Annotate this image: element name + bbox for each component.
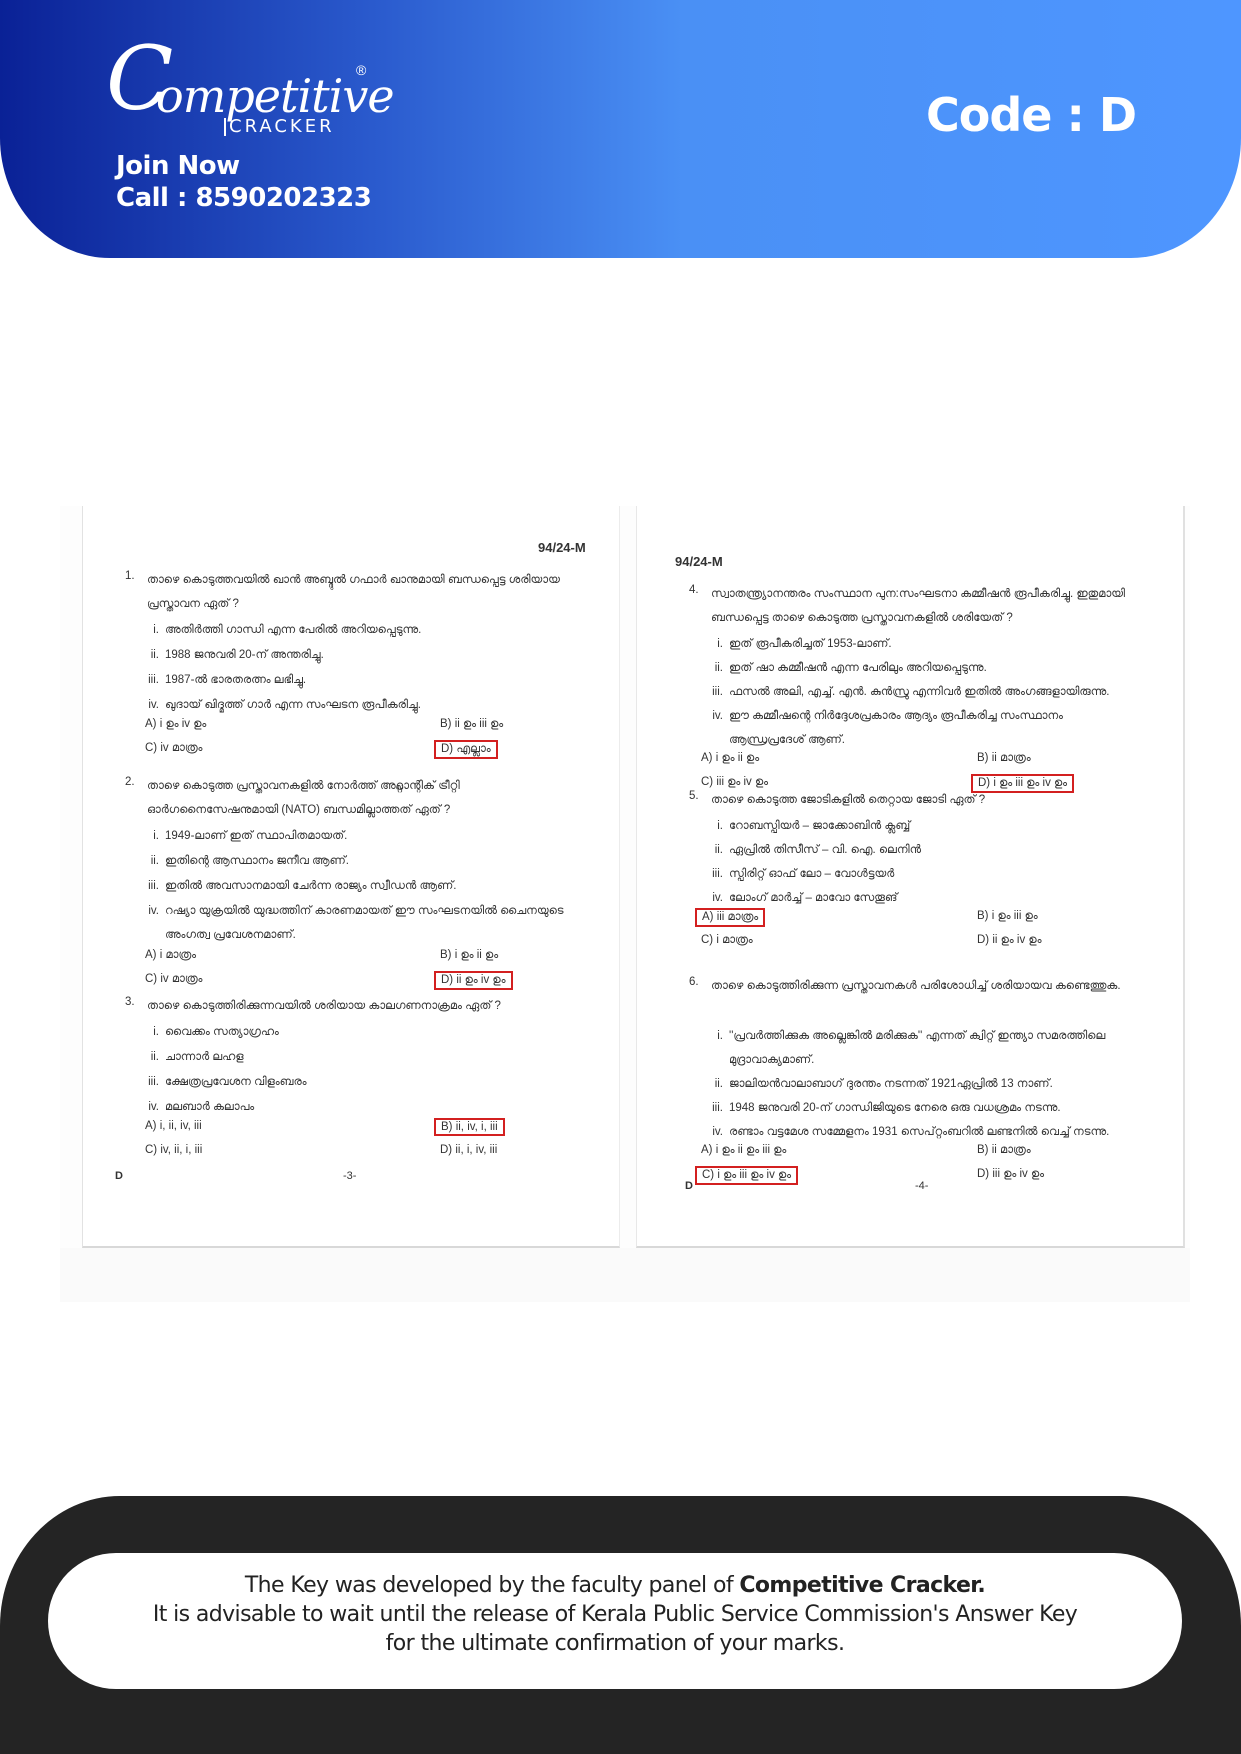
statement-text: റോബസ്പിയർ – ജാക്കോബിൻ ക്ലബ്ബ് — [729, 820, 910, 832]
option-d-correct[interactable]: D) എല്ലാം — [434, 740, 498, 759]
statement-item: ii.ജാലിയൻവാലാബാഗ് ദുരന്തം നടന്നത് 1921ഏപ… — [697, 1072, 1139, 1096]
statement-item: iv.ഖുദായ് ഖിദ്മത്ത് ഗാർ എന്ന സംഘടന രൂപീക… — [133, 693, 575, 717]
question-text: താഴെ കൊടുത്തിരിക്കുന്നവയിൽ ശരിയായ കാലഗണന… — [147, 994, 587, 1018]
statement-text: രണ്ടാം വട്ടമേശ സമ്മേളനം 1931 സെപ്റ്റംബറി… — [729, 1126, 1109, 1138]
question-number: 5. — [689, 788, 699, 804]
brand-name: Competitive Cracker. — [739, 1573, 985, 1598]
option-d[interactable]: D) iii ഉം iv ഉം — [971, 1166, 1050, 1183]
statement-text: ''പ്രവർത്തിക്കുക അല്ലെങ്കിൽ മരിക്കുക'' എ… — [729, 1030, 1105, 1066]
option-b[interactable]: B) ii മാത്രം — [971, 1142, 1037, 1159]
option-a-correct[interactable]: A) iii മാത്രം — [695, 908, 765, 927]
statement-text: 1987-ൽ ഭാരതരത്നം ലഭിച്ചു. — [165, 674, 306, 686]
question-page-left: 94/24-M1.താഴെ കൊടുത്തവയിൽ ഖാൻ അബ്ദുൽ ഗഫാ… — [82, 506, 620, 1248]
question-number: 2. — [125, 774, 135, 790]
option-a[interactable]: A) i ഉം iv ഉം — [139, 716, 212, 733]
statement-number: iii. — [133, 1070, 159, 1094]
page-footer-set: D — [685, 1180, 693, 1192]
statement-item: iii.ഫസൽ അലി, എച്ച്. എൻ. കുൻസ്രു എന്നിവർ … — [697, 680, 1139, 704]
statement-item: iii.സ്പിരിറ്റ് ഓഫ് ലോ – വോൾട്ടയർ — [697, 862, 1139, 886]
statement-text: ക്ഷേത്രപ്രവേശന വിളംബരം — [165, 1076, 307, 1088]
statement-item: i.1949-ലാണ് ഇത് സ്ഥാപിതമായത്. — [133, 824, 575, 848]
statement-text: ഇതിന്റെ ആസ്ഥാനം ജനീവ ആണ്. — [165, 855, 349, 867]
statement-number: iv. — [133, 899, 159, 923]
statement-item: i.ഇത് രൂപീകരിച്ചത് 1953-ലാണ്. — [697, 632, 1139, 656]
statement-item: iv.ഈ കമ്മീഷന്റെ നിർദ്ദേശപ്രകാരം ആദ്യം രൂ… — [697, 704, 1139, 752]
statement-number: i. — [697, 1024, 723, 1048]
statement-item: iv.രണ്ടാം വട്ടമേശ സമ്മേളനം 1931 സെപ്റ്റം… — [697, 1120, 1139, 1144]
option-d[interactable]: D) ii ഉം iv ഉം — [971, 932, 1048, 949]
statement-number: ii. — [697, 656, 723, 680]
statement-text: ഖുദായ് ഖിദ്മത്ത് ഗാർ എന്ന സംഘടന രൂപീകരിച… — [165, 699, 421, 711]
question-text: താഴെ കൊടുത്തവയിൽ ഖാൻ അബ്ദുൽ ഗഫാർ ഖാനുമായ… — [147, 568, 587, 616]
option-b[interactable]: B) ii ഉം iii ഉം — [434, 716, 509, 733]
page-footer-set: D — [115, 1170, 123, 1182]
statement-text: ചാന്നാർ ലഹള — [165, 1051, 244, 1063]
statement-item: iii.ഇതിൽ അവസാനമായി ചേർന്ന രാജ്യം സ്വീഡൻ … — [133, 874, 575, 898]
statement-text: മലബാർ കലാപം — [165, 1101, 254, 1113]
statement-item: iv.ലോംഗ് മാർച്ച് – മാവോ സേതൂങ് — [697, 886, 1139, 910]
statement-number: iii. — [697, 1096, 723, 1120]
statement-item: iii.1987-ൽ ഭാരതരത്നം ലഭിച്ചു. — [133, 668, 575, 692]
option-c[interactable]: C) iv, ii, i, iii — [139, 1142, 208, 1158]
statement-item: i.വൈക്കം സത്യാഗ്രഹം — [133, 1020, 575, 1044]
statement-number: i. — [133, 618, 159, 642]
statement-number: iv. — [697, 704, 723, 728]
statement-item: i.അതിർത്തി ഗാന്ധി എന്ന പേരിൽ അറിയപ്പെടുന… — [133, 618, 575, 642]
statement-number: iv. — [133, 1095, 159, 1119]
question-text: താഴെ കൊടുത്ത ജോടികളിൽ തെറ്റായ ജോടി ഏത് ? — [711, 788, 1151, 812]
question-number: 3. — [125, 994, 135, 1010]
option-c[interactable]: C) iv മാത്രം — [139, 740, 208, 757]
statement-number: ii. — [133, 849, 159, 873]
statement-number: ii. — [133, 643, 159, 667]
option-a[interactable]: A) i മാത്രം — [139, 947, 202, 964]
statement-item: i.റോബസ്പിയർ – ജാക്കോബിൻ ക്ലബ്ബ് — [697, 814, 1139, 838]
statement-text: ഏപ്രിൽ തിസീസ് – വി. ഐ. ലെനിൻ — [729, 844, 921, 856]
option-b[interactable]: B) ii മാത്രം — [971, 750, 1037, 767]
page-code: 94/24-M — [675, 554, 723, 569]
disclaimer-line1: The Key was developed by the faculty pan… — [245, 1573, 740, 1598]
option-b-correct[interactable]: B) ii, iv, i, iii — [434, 1118, 505, 1136]
question-number: 4. — [689, 582, 699, 598]
statement-number: iii. — [697, 680, 723, 704]
page-code: 94/24-M — [538, 540, 586, 555]
option-a[interactable]: A) i ഉം ii ഉം — [695, 750, 765, 767]
disclaimer-line3: for the ultimate confirmation of your ma… — [48, 1629, 1182, 1658]
statement-number: iv. — [697, 1120, 723, 1144]
statement-text: ഈ കമ്മീഷന്റെ നിർദ്ദേശപ്രകാരം ആദ്യം രൂപീക… — [729, 710, 1063, 746]
question-page-right: 94/24-M4.സ്വാതന്ത്ര്യാനന്തരം സംസ്ഥാന പുന… — [636, 506, 1185, 1248]
statement-number: i. — [697, 814, 723, 838]
statement-text: 1949-ലാണ് ഇത് സ്ഥാപിതമായത്. — [165, 830, 347, 842]
header-banner: C ompetitive ® CRACKER Join Now Call : 8… — [0, 0, 1241, 258]
option-b[interactable]: B) i ഉം ii ഉം — [434, 947, 504, 964]
statement-number: iv. — [133, 693, 159, 717]
statement-item: iv.റഷ്യാ യുക്രയിൽ യുദ്ധത്തിന് കാരണമായത് … — [133, 899, 575, 947]
question-number: 6. — [689, 974, 699, 990]
option-d-correct[interactable]: D) ii ഉം iv ഉം — [434, 971, 513, 990]
statement-number: iii. — [133, 874, 159, 898]
statement-item: ii.ചാന്നാർ ലഹള — [133, 1045, 575, 1069]
contact-block: Join Now Call : 8590202323 — [116, 150, 371, 214]
statement-text: വൈക്കം സത്യാഗ്രഹം — [165, 1026, 279, 1038]
statement-text: സ്പിരിറ്റ് ഓഫ് ലോ – വോൾട്ടയർ — [729, 868, 894, 880]
statement-item: ii.ഇതിന്റെ ആസ്ഥാനം ജനീവ ആണ്. — [133, 849, 575, 873]
option-c-correct[interactable]: C) i ഉം iii ഉം iv ഉം — [695, 1166, 798, 1185]
logo-subtitle: CRACKER — [224, 118, 335, 136]
statement-text: ജാലിയൻവാലാബാഗ് ദുരന്തം നടന്നത് 1921ഏപ്രി… — [729, 1078, 1053, 1090]
statement-number: i. — [133, 1020, 159, 1044]
statement-item: ii.ഇത് ഷാ കമ്മീഷൻ എന്ന പേരിലും അറിയപ്പെട… — [697, 656, 1139, 680]
statement-text: 1988 ജനുവരി 20-ന് അന്തരിച്ചു. — [165, 649, 324, 661]
question-text: സ്വാതന്ത്ര്യാനന്തരം സംസ്ഥാന പുന:സംഘടനാ ക… — [711, 582, 1151, 630]
statement-item: iii.1948 ജനുവരി 20-ന് ഗാന്ധിജിയുടെ നേരെ … — [697, 1096, 1139, 1120]
option-b[interactable]: B) i ഉം iii ഉം — [971, 908, 1044, 925]
statement-number: iii. — [133, 668, 159, 692]
logo-wordmark: ompetitive — [156, 72, 394, 120]
scan-margin — [60, 1248, 1190, 1302]
statement-text: അതിർത്തി ഗാന്ധി എന്ന പേരിൽ അറിയപ്പെടുന്ന… — [165, 624, 421, 636]
statement-number: iii. — [697, 862, 723, 886]
call-number[interactable]: Call : 8590202323 — [116, 182, 371, 214]
statement-text: ലോംഗ് മാർച്ച് – മാവോ സേതൂങ് — [729, 892, 897, 904]
disclaimer-line2: It is advisable to wait until the releas… — [48, 1600, 1182, 1629]
statement-text: ഇതിൽ അവസാനമായി ചേർന്ന രാജ്യം സ്വീഡൻ ആണ്. — [165, 880, 457, 892]
question-text: താഴെ കൊടുത്ത പ്രസ്താവനകളിൽ നോർത്ത് അറ്റ്… — [147, 774, 587, 822]
statement-number: iv. — [697, 886, 723, 910]
competitive-cracker-logo: C ompetitive ® CRACKER — [106, 34, 376, 138]
page-number: -4- — [915, 1180, 928, 1192]
statement-item: ii.ഏപ്രിൽ തിസീസ് – വി. ഐ. ലെനിൻ — [697, 838, 1139, 862]
question-number: 1. — [125, 568, 135, 584]
statement-item: iii.ക്ഷേത്രപ്രവേശന വിളംബരം — [133, 1070, 575, 1094]
statement-number: ii. — [697, 838, 723, 862]
question-text: താഴെ കൊടുത്തിരിക്കുന്ന പ്രസ്താവനകൾ പരിശോ… — [711, 974, 1151, 998]
statement-number: i. — [697, 632, 723, 656]
scanned-question-paper: 94/24-M1.താഴെ കൊടുത്തവയിൽ ഖാൻ അബ്ദുൽ ഗഫാ… — [60, 506, 1190, 1302]
statement-text: ഫസൽ അലി, എച്ച്. എൻ. കുൻസ്രു എന്നിവർ ഇതിൽ… — [729, 686, 1109, 698]
statement-number: i. — [133, 824, 159, 848]
option-c[interactable]: C) iv മാത്രം — [139, 971, 208, 988]
statement-text: ഇത് ഷാ കമ്മീഷൻ എന്ന പേരിലും അറിയപ്പെടുന്… — [729, 662, 987, 674]
registered-icon: ® — [356, 62, 366, 78]
statement-item: i.''പ്രവർത്തിക്കുക അല്ലെങ്കിൽ മരിക്കുക''… — [697, 1024, 1139, 1072]
statement-number: ii. — [697, 1072, 723, 1096]
statement-text: ഇത് രൂപീകരിച്ചത് 1953-ലാണ്. — [729, 638, 892, 650]
page-number: -3- — [343, 1170, 356, 1182]
option-d[interactable]: D) ii, i, iv, iii — [434, 1142, 503, 1158]
statement-item: ii.1988 ജനുവരി 20-ന് അന്തരിച്ചു. — [133, 643, 575, 667]
disclaimer-note: The Key was developed by the faculty pan… — [48, 1553, 1182, 1689]
paper-code: Code : D — [926, 88, 1136, 142]
statement-number: ii. — [133, 1045, 159, 1069]
option-c[interactable]: C) i മാത്രം — [695, 932, 759, 949]
statement-text: റഷ്യാ യുക്രയിൽ യുദ്ധത്തിന് കാരണമായത് ഈ സ… — [165, 905, 564, 941]
join-now-label: Join Now — [116, 150, 371, 182]
option-a[interactable]: A) i, ii, iv, iii — [139, 1118, 208, 1134]
statement-item: iv.മലബാർ കലാപം — [133, 1095, 575, 1119]
statement-text: 1948 ജനുവരി 20-ന് ഗാന്ധിജിയുടെ നേരെ ഒരു … — [729, 1102, 1061, 1114]
option-a[interactable]: A) i ഉം ii ഉം iii ഉം — [695, 1142, 792, 1159]
